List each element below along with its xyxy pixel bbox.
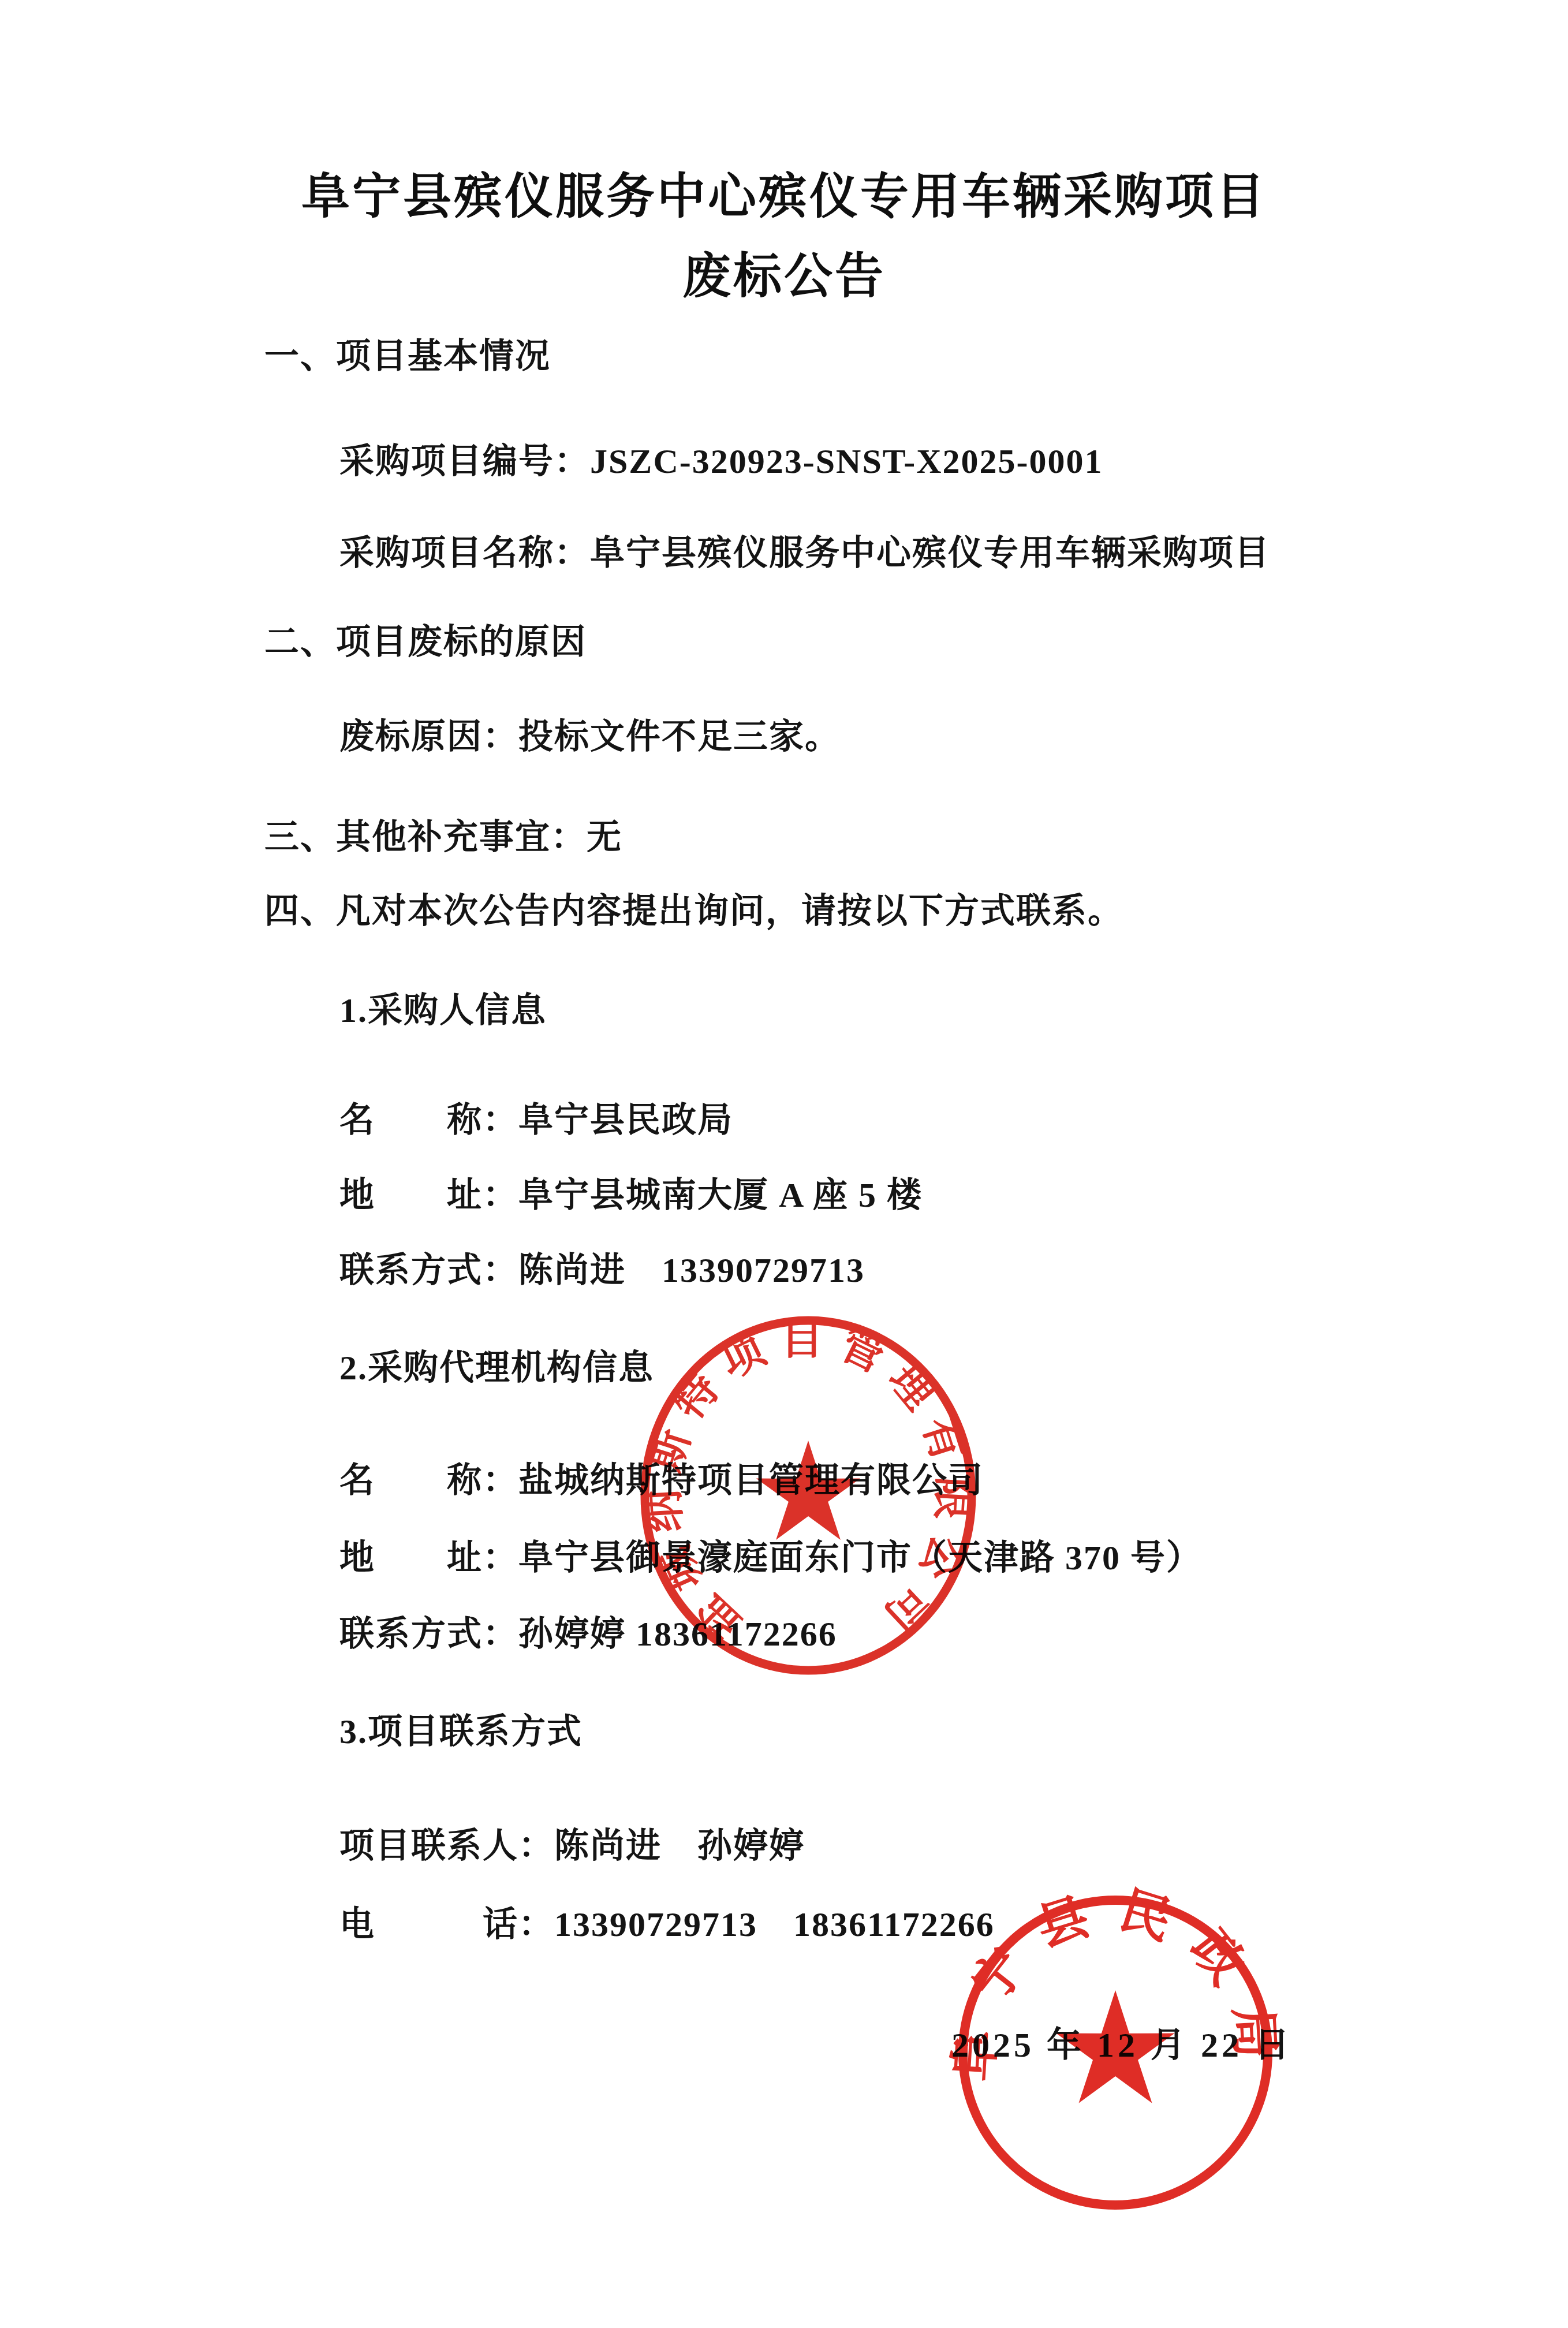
agency-name-line: 名 称：盐城纳斯特项目管理有限公司 — [339, 1463, 984, 1498]
section3-heading: 三、其他补充事宜：无 — [264, 820, 622, 855]
project-contact-heading: 3.项目联系方式 — [339, 1714, 583, 1749]
purchaser-contact-line: 联系方式：陈尚进 13390729713 — [339, 1253, 865, 1288]
project-contact-person-line: 项目联系人：陈尚进 孙婷婷 — [339, 1829, 805, 1863]
agency-heading: 2.采购代理机构信息 — [339, 1350, 654, 1385]
project-phone-line: 电 话：13390729713 18361172266 — [339, 1907, 995, 1942]
document-title-line1: 阜宁县殡仪服务中心殡仪专用车辆采购项目 — [16, 173, 1552, 222]
document-date: 2025 年 12 月 22 日 — [951, 2028, 1293, 2062]
project-number-line: 采购项目编号：JSZC-320923-SNST-X2025-0001 — [339, 444, 1103, 479]
cancellation-reason-line: 废标原因：投标文件不足三家。 — [339, 719, 841, 754]
project-name-line: 采购项目名称：阜宁县殡仪服务中心殡仪专用车辆采购项目 — [339, 536, 1270, 570]
document-page: 阜宁县殡仪服务中心殡仪专用车辆采购项目 废标公告 一、项目基本情况 采购项目编号… — [0, 0, 1568, 2328]
document-title-line2: 废标公告 — [16, 253, 1552, 301]
section2-heading: 二、项目废标的原因 — [264, 625, 587, 659]
purchaser-address-line: 地 址：阜宁县城南大厦 A 座 5 楼 — [339, 1178, 923, 1212]
purchaser-name-line: 名 称：阜宁县民政局 — [339, 1103, 733, 1137]
purchaser-heading: 1.采购人信息 — [339, 993, 547, 1028]
section4-heading: 四、凡对本次公告内容提出询问，请按以下方式联系。 — [264, 894, 1123, 928]
section1-heading: 一、项目基本情况 — [264, 339, 551, 374]
agency-address-line: 地 址：阜宁县御景濠庭面东门市（天津路 370 号） — [339, 1540, 1202, 1575]
agency-contact-line: 联系方式：孙婷婷 18361172266 — [339, 1617, 837, 1651]
